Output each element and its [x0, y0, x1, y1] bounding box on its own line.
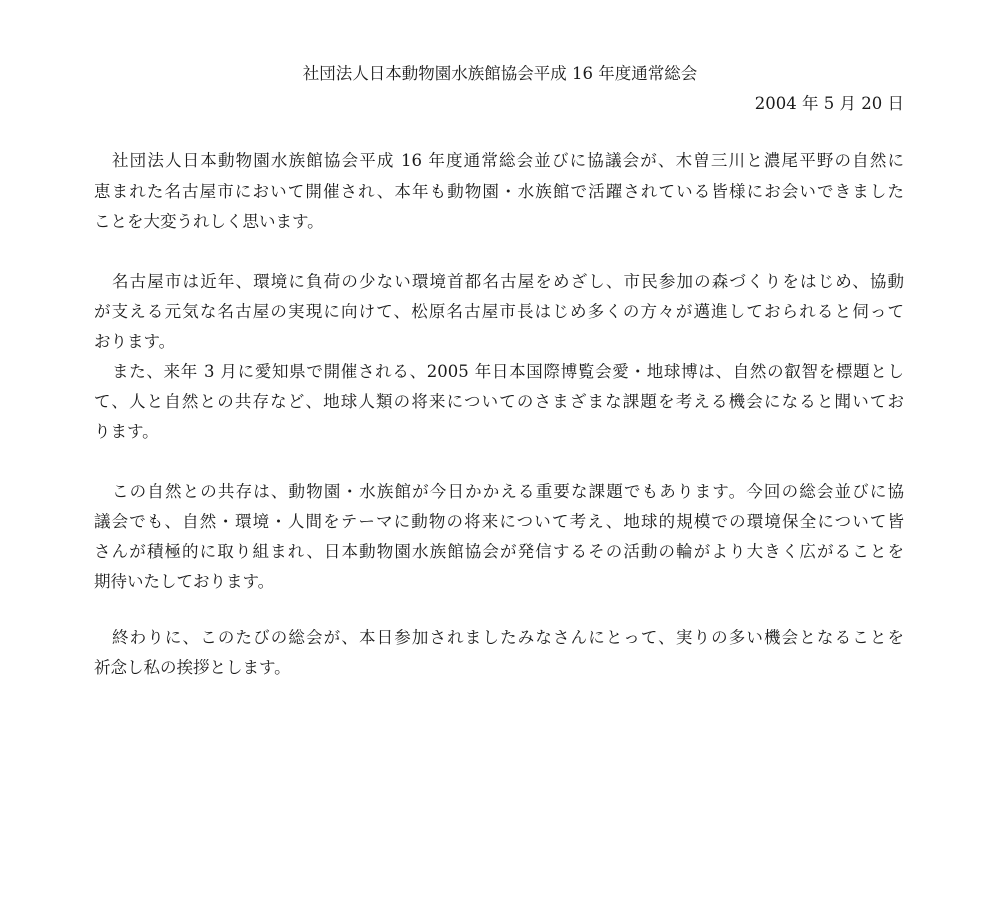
paragraph-1-line-2: 恵まれた名古屋市において開催され、本年も動物園・水族館で活躍されている皆様にお会… — [94, 181, 904, 203]
document-title: 社団法人日本動物園水族館協会平成 16 年度通常総会 — [0, 63, 1000, 85]
paragraph-5-line-2: 祈念し私の挨拶とします。 — [94, 657, 904, 679]
paragraph-2-line-1: 名古屋市は近年、環境に負荷の少ない環境首都名古屋をめざし、市民参加の森づくりをは… — [94, 271, 904, 293]
paragraph-4-line-2: 議会でも、自然・環境・人間をテーマに動物の将来について考え、地球的規模での環境保… — [94, 511, 904, 533]
paragraph-3-line-1: また、来年 3 月に愛知県で開催される、2005 年日本国際博覧会愛・地球博は、… — [94, 361, 904, 383]
paragraph-1-line-3: ことを大変うれしく思います。 — [94, 211, 904, 233]
paragraph-3-line-2: て、人と自然との共存など、地球人類の将来についてのさまざまな課題を考える機会にな… — [94, 391, 904, 413]
paragraph-4-line-4: 期待いたしております。 — [94, 571, 904, 593]
paragraph-2-line-2: が支える元気な名古屋の実現に向けて、松原名古屋市長はじめ多くの方々が邁進しておら… — [94, 301, 904, 323]
document-date: 2004 年 5 月 20 日 — [755, 93, 904, 115]
paragraph-5-line-1: 終わりに、このたびの総会が、本日参加されましたみなさんにとって、実りの多い機会と… — [94, 627, 904, 649]
document-page: 社団法人日本動物園水族館協会平成 16 年度通常総会 2004 年 5 月 20… — [0, 0, 1000, 900]
paragraph-1-line-1: 社団法人日本動物園水族館協会平成 16 年度通常総会並びに協議会が、木曽三川と濃… — [94, 150, 904, 172]
paragraph-3-line-3: ります。 — [94, 421, 904, 443]
paragraph-4-line-3: さんが積極的に取り組まれ、日本動物園水族館協会が発信するその活動の輪がより大きく… — [94, 541, 904, 563]
paragraph-4-line-1: この自然との共存は、動物園・水族館が今日かかえる重要な課題でもあります。今回の総… — [94, 481, 904, 503]
paragraph-2-line-3: おります。 — [94, 331, 904, 353]
